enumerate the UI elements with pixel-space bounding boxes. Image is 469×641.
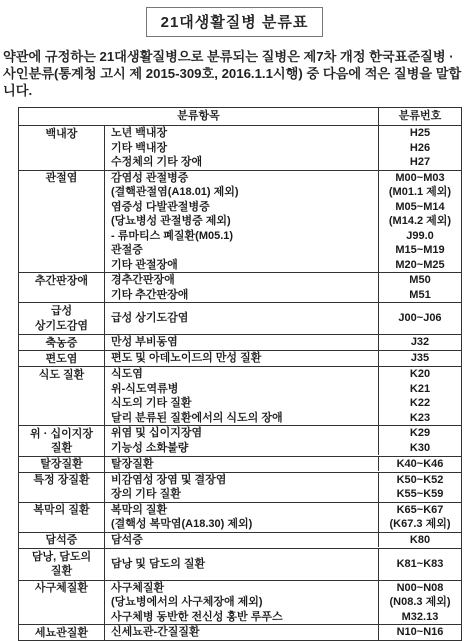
category-cell: 탈장질환: [19, 457, 105, 472]
table-row: 담낭 및 담도의 질환K81~K83: [105, 549, 461, 580]
code-cell: M05~M14: [379, 200, 461, 215]
group-rows: 담석증K80: [105, 533, 461, 548]
table-row: 탈장질환K40~K46: [105, 457, 461, 472]
table-row: 장의 기타 질환K55~K59: [105, 487, 461, 502]
code-cell: M51: [379, 288, 461, 303]
header-cell-item: 분류항목: [19, 108, 379, 125]
code-cell: N00~N08: [379, 581, 461, 596]
code-cell: K40~K46: [379, 457, 461, 472]
table-row: 수정체의 기타 장애H27: [105, 155, 461, 170]
table-group: 관절염감염성 관절병증M00~M03(결핵관절염(A18.01) 제외)(M01…: [19, 171, 461, 274]
code-cell: K22: [379, 396, 461, 411]
item-cell: 사구체질환: [105, 581, 379, 596]
classification-table: 분류항목 분류번호 백내장노년 백내장H25기타 백내장H26수정체의 기타 장…: [18, 107, 462, 641]
group-rows: 비감염성 장염 및 결장염K50~K52장의 기타 질환K55~K59: [105, 473, 461, 502]
code-cell: K23: [379, 411, 461, 426]
table-group: 특정 장질환비감염성 장염 및 결장염K50~K52장의 기타 질환K55~K5…: [19, 473, 461, 503]
item-cell: 신세뇨관-간질질환: [105, 625, 379, 640]
table-row: 감염성 관절병증M00~M03: [105, 171, 461, 186]
category-cell: 담석증: [19, 533, 105, 548]
table-group: 사구체질환사구체질환N00~N08(당뇨병에서의 사구체장애 제외)(N08.3…: [19, 581, 461, 626]
table-row: 복막의 질환K65~K67: [105, 503, 461, 518]
category-cell: 축농증: [19, 335, 105, 350]
group-rows: 복막의 질환K65~K67(결핵성 복막염(A18.30) 제외)(K67.3 …: [105, 503, 461, 532]
item-cell: 담낭 및 담도의 질환: [105, 549, 379, 580]
item-cell: 편도 및 아데노이드의 만성 질환: [105, 351, 379, 366]
item-cell: (결핵관절염(A18.01) 제외): [105, 185, 379, 200]
item-cell: 노년 백내장: [105, 126, 379, 141]
table-row: 사구체병 동반한 전신성 홍반 루푸스M32.13: [105, 610, 461, 625]
table-group: 담낭, 담도의 질환담낭 및 담도의 질환K81~K83: [19, 549, 461, 581]
item-cell: 기능성 소화불량: [105, 441, 379, 456]
code-cell: M00~M03: [379, 171, 461, 186]
item-cell: - 류마티스 폐질환(M05.1): [105, 229, 379, 244]
item-cell: 기타 추간판장애: [105, 288, 379, 303]
group-rows: 담낭 및 담도의 질환K81~K83: [105, 549, 461, 580]
table-group: 급성 상기도감염급성 상기도감염J00~J06: [19, 303, 461, 335]
table-row: 식도염K20: [105, 367, 461, 382]
group-rows: 만성 부비동염J32: [105, 335, 461, 350]
table-row: 기타 관절장애M20~M25: [105, 258, 461, 273]
item-cell: 위-식도역류병: [105, 382, 379, 397]
table-row: 위염 및 십이지장염K29: [105, 426, 461, 441]
table-row: (결핵성 복막염(A18.30) 제외)(K67.3 제외): [105, 517, 461, 532]
table-row: 기능성 소화불량K30: [105, 441, 461, 456]
table-group: 탈장질환탈장질환K40~K46: [19, 457, 461, 473]
item-cell: 사구체병 동반한 전신성 홍반 루푸스: [105, 610, 379, 625]
code-cell: M20~M25: [379, 258, 461, 273]
category-cell: 특정 장질환: [19, 473, 105, 502]
code-cell: K50~K52: [379, 473, 461, 488]
table-row: (당뇨병에서의 사구체장애 제외)(N08.3 제외): [105, 595, 461, 610]
code-cell: J00~J06: [379, 303, 461, 334]
code-cell: K29: [379, 426, 461, 441]
table-row: 경추간판장애M50: [105, 273, 461, 288]
item-cell: 관절증: [105, 243, 379, 258]
table-group: 백내장노년 백내장H25기타 백내장H26수정체의 기타 장애H27: [19, 126, 461, 171]
code-cell: M32.13: [379, 610, 461, 625]
table-group: 담석증담석증K80: [19, 533, 461, 549]
code-cell: J32: [379, 335, 461, 350]
header-cell-code: 분류번호: [379, 108, 461, 125]
item-cell: 식도의 기타 질환: [105, 396, 379, 411]
item-cell: 식도염: [105, 367, 379, 382]
code-cell: J99.0: [379, 229, 461, 244]
category-cell: 백내장: [19, 126, 105, 170]
item-cell: 위염 및 십이지장염: [105, 426, 379, 441]
group-rows: 탈장질환K40~K46: [105, 457, 461, 472]
table-row: (결핵관절염(A18.01) 제외)(M01.1 제외): [105, 185, 461, 200]
item-cell: 감염성 관절병증: [105, 171, 379, 186]
code-cell: N10~N16: [379, 625, 461, 640]
group-rows: 편도 및 아데노이드의 만성 질환J35: [105, 351, 461, 366]
table-row: 사구체질환N00~N08: [105, 581, 461, 596]
category-cell: 사구체질환: [19, 581, 105, 625]
category-cell: 추간판장애: [19, 273, 105, 302]
code-cell: K55~K59: [379, 487, 461, 502]
code-cell: (M01.1 제외): [379, 185, 461, 200]
item-cell: 비감염성 장염 및 결장염: [105, 473, 379, 488]
item-cell: 달리 분류된 질환에서의 식도의 장애: [105, 411, 379, 426]
group-rows: 노년 백내장H25기타 백내장H26수정체의 기타 장애H27: [105, 126, 461, 170]
code-cell: H26: [379, 141, 461, 156]
page-title: 21대생활질병 분류표: [146, 7, 324, 37]
group-rows: 감염성 관절병증M00~M03(결핵관절염(A18.01) 제외)(M01.1 …: [105, 171, 461, 273]
document-page: 21대생활질병 분류표 약관에 규정하는 21대생활질병으로 분류되는 질병은 …: [0, 0, 469, 641]
item-cell: 만성 부비동염: [105, 335, 379, 350]
category-cell: 위 · 십이지장 질환: [19, 426, 105, 456]
group-rows: 식도염K20위-식도역류병K21식도의 기타 질환K22달리 분류된 질환에서의…: [105, 367, 461, 425]
code-cell: K20: [379, 367, 461, 382]
group-rows: 사구체질환N00~N08(당뇨병에서의 사구체장애 제외)(N08.3 제외)사…: [105, 581, 461, 625]
item-cell: (당뇨병에서의 사구체장애 제외): [105, 595, 379, 610]
code-cell: H27: [379, 155, 461, 170]
table-header-row: 분류항목 분류번호: [19, 108, 461, 126]
item-cell: 장의 기타 질환: [105, 487, 379, 502]
item-cell: 복막의 질환: [105, 503, 379, 518]
group-rows: 신세뇨관-간질질환N10~N16: [105, 625, 461, 640]
table-group: 추간판장애경추간판장애M50기타 추간판장애M51: [19, 273, 461, 303]
group-rows: 경추간판장애M50기타 추간판장애M51: [105, 273, 461, 302]
category-cell: 식도 질환: [19, 367, 105, 425]
intro-paragraph: 약관에 규정하는 21대생활질병으로 분류되는 질병은 제7차 개정 한국표준질…: [3, 48, 467, 99]
table-row: 기타 추간판장애M51: [105, 288, 461, 303]
title-container: 21대생활질병 분류표: [0, 0, 469, 37]
code-cell: H25: [379, 126, 461, 141]
table-group: 복막의 질환복막의 질환K65~K67(결핵성 복막염(A18.30) 제외)(…: [19, 503, 461, 533]
table-row: 편도 및 아데노이드의 만성 질환J35: [105, 351, 461, 366]
item-cell: 염증성 다발관절병증: [105, 200, 379, 215]
item-cell: 탈장질환: [105, 457, 379, 472]
item-cell: 수정체의 기타 장애: [105, 155, 379, 170]
table-row: 만성 부비동염J32: [105, 335, 461, 350]
code-cell: K65~K67: [379, 503, 461, 518]
item-cell: (당뇨병성 관절병증 제외): [105, 214, 379, 229]
table-row: 급성 상기도감염J00~J06: [105, 303, 461, 334]
item-cell: 기타 관절장애: [105, 258, 379, 273]
table-row: 식도의 기타 질환K22: [105, 396, 461, 411]
code-cell: J35: [379, 351, 461, 366]
table-row: 염증성 다발관절병증M05~M14: [105, 200, 461, 215]
group-rows: 급성 상기도감염J00~J06: [105, 303, 461, 334]
group-rows: 위염 및 십이지장염K29기능성 소화불량K30: [105, 426, 461, 456]
category-cell: 복막의 질환: [19, 503, 105, 532]
table-row: 신세뇨관-간질질환N10~N16: [105, 625, 461, 640]
code-cell: M15~M19: [379, 243, 461, 258]
table-group: 식도 질환식도염K20위-식도역류병K21식도의 기타 질환K22달리 분류된 …: [19, 367, 461, 426]
table-row: 기타 백내장H26: [105, 141, 461, 156]
table-row: (당뇨병성 관절병증 제외)(M14.2 제외): [105, 214, 461, 229]
code-cell: K30: [379, 441, 461, 456]
table-row: 비감염성 장염 및 결장염K50~K52: [105, 473, 461, 488]
category-cell: 담낭, 담도의 질환: [19, 549, 105, 580]
table-group: 축농증만성 부비동염J32: [19, 335, 461, 351]
category-cell: 급성 상기도감염: [19, 303, 105, 334]
code-cell: (M14.2 제외): [379, 214, 461, 229]
item-cell: (결핵성 복막염(A18.30) 제외): [105, 517, 379, 532]
table-row: 관절증M15~M19: [105, 243, 461, 258]
table-group: 위 · 십이지장 질환위염 및 십이지장염K29기능성 소화불량K30: [19, 426, 461, 457]
category-cell: 관절염: [19, 171, 105, 273]
table-row: - 류마티스 폐질환(M05.1)J99.0: [105, 229, 461, 244]
code-cell: (K67.3 제외): [379, 517, 461, 532]
code-cell: K21: [379, 382, 461, 397]
code-cell: K80: [379, 533, 461, 548]
code-cell: K81~K83: [379, 549, 461, 580]
item-cell: 담석증: [105, 533, 379, 548]
item-cell: 급성 상기도감염: [105, 303, 379, 334]
table-row: 달리 분류된 질환에서의 식도의 장애K23: [105, 411, 461, 426]
code-cell: (N08.3 제외): [379, 595, 461, 610]
item-cell: 경추간판장애: [105, 273, 379, 288]
table-row: 담석증K80: [105, 533, 461, 548]
category-cell: 세뇨관질환: [19, 625, 105, 640]
table-body: 백내장노년 백내장H25기타 백내장H26수정체의 기타 장애H27관절염감염성…: [19, 126, 461, 640]
category-cell: 편도염: [19, 351, 105, 366]
table-row: 노년 백내장H25: [105, 126, 461, 141]
item-cell: 기타 백내장: [105, 141, 379, 156]
table-group: 편도염편도 및 아데노이드의 만성 질환J35: [19, 351, 461, 367]
code-cell: M50: [379, 273, 461, 288]
table-row: 위-식도역류병K21: [105, 382, 461, 397]
table-group: 세뇨관질환신세뇨관-간질질환N10~N16: [19, 625, 461, 640]
